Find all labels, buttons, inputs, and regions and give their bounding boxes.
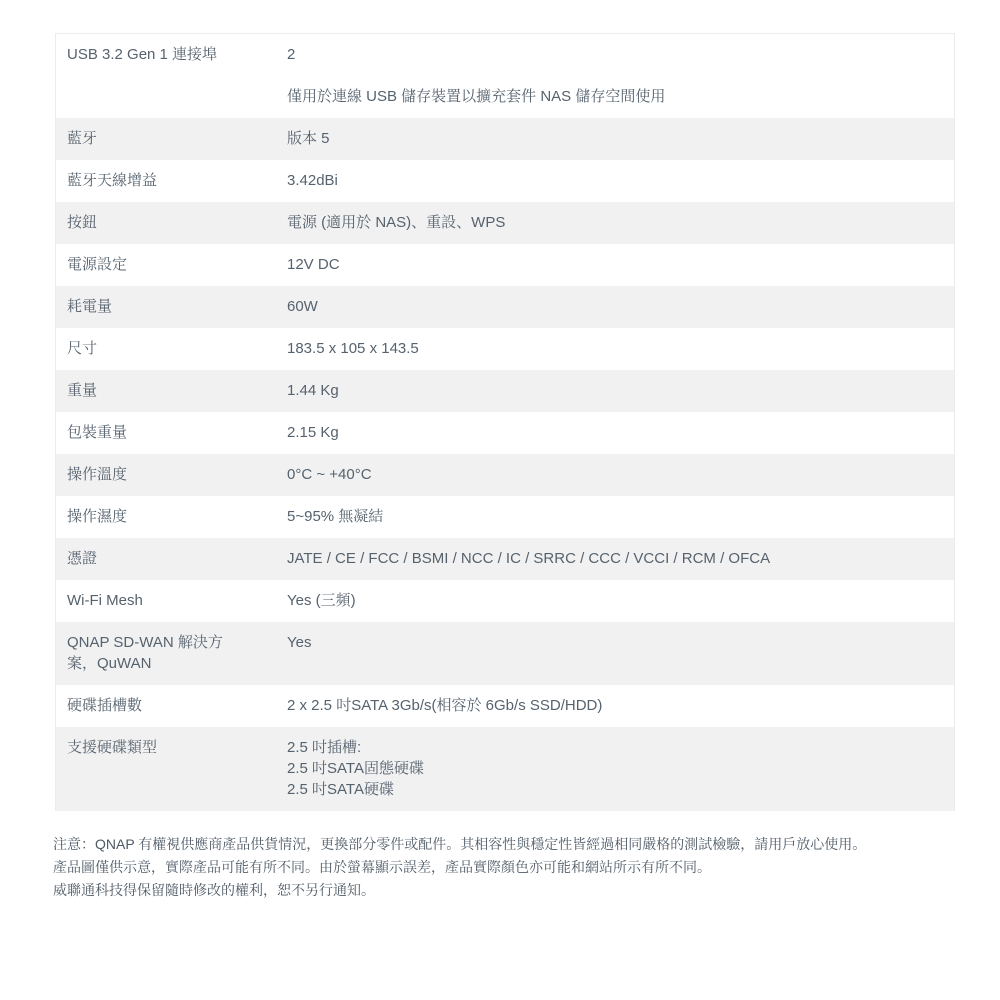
table-row: 操作濕度 5~95% 無凝結 (56, 496, 954, 538)
spec-value: Yes (287, 622, 954, 664)
spec-label: 憑證 (56, 538, 287, 580)
spec-value-line: 1.44 Kg (287, 380, 940, 401)
spec-value: 60W (287, 286, 954, 328)
table-row: 電源設定 12V DC (56, 244, 954, 286)
spec-value-line: Yes (287, 632, 940, 653)
spec-value: 2僅用於連線 USB 儲存裝置以擴充套件 NAS 儲存空間使用 (287, 34, 954, 118)
table-row: USB 3.2 Gen 1 連接埠 2僅用於連線 USB 儲存裝置以擴充套件 N… (56, 34, 954, 118)
spec-value-line: JATE / CE / FCC / BSMI / NCC / IC / SRRC… (287, 548, 940, 569)
spec-value: 2.5 吋插槽:2.5 吋SATA固態硬碟2.5 吋SATA硬碟 (287, 727, 954, 811)
spec-value-line: 僅用於連線 USB 儲存裝置以擴充套件 NAS 儲存空間使用 (287, 86, 940, 107)
spec-label: 支援硬碟類型 (56, 727, 287, 769)
spec-value: Yes (三頻) (287, 580, 954, 622)
spec-label: Wi-Fi Mesh (56, 580, 287, 622)
spec-label: 電源設定 (56, 244, 287, 286)
spec-value-line (287, 65, 940, 86)
spec-value-line: 60W (287, 296, 940, 317)
spec-value-line: 2.5 吋插槽: (287, 737, 940, 758)
spec-value-line: 版本 5 (287, 128, 940, 149)
spec-label: 硬碟插槽數 (56, 685, 287, 727)
spec-label: 按鈕 (56, 202, 287, 244)
spec-value-line: 12V DC (287, 254, 940, 275)
spec-label: 重量 (56, 370, 287, 412)
product-spec-page: USB 3.2 Gen 1 連接埠 2僅用於連線 USB 儲存裝置以擴充套件 N… (0, 0, 1000, 1000)
spec-value-line: 電源 (適用於 NAS)、重設、WPS (287, 212, 940, 233)
spec-value-line: 2 (287, 44, 940, 65)
spec-label: 尺寸 (56, 328, 287, 370)
table-row: 支援硬碟類型 2.5 吋插槽:2.5 吋SATA固態硬碟2.5 吋SATA硬碟 (56, 727, 954, 811)
spec-value-line: 3.42dBi (287, 170, 940, 191)
footnotes: 注意：QNAP 有權視供應商產品供貨情況，更換部分零件或配件。其相容性與穩定性皆… (53, 833, 963, 902)
spec-label: 藍牙天線增益 (56, 160, 287, 202)
table-row: 硬碟插槽數 2 x 2.5 吋SATA 3Gb/s(相容於 6Gb/s SSD/… (56, 685, 954, 727)
footnote-line: 威聯通科技得保留隨時修改的權利，恕不另行通知。 (53, 879, 963, 902)
spec-value: 1.44 Kg (287, 370, 954, 412)
spec-label: 耗電量 (56, 286, 287, 328)
spec-value: 12V DC (287, 244, 954, 286)
table-row: 憑證 JATE / CE / FCC / BSMI / NCC / IC / S… (56, 538, 954, 580)
spec-label: QNAP SD-WAN 解決方案，QuWAN (56, 622, 287, 685)
spec-value-line: 183.5 x 105 x 143.5 (287, 338, 940, 359)
footnote-line: 產品圖僅供示意，實際產品可能有所不同。由於螢幕顯示誤差，產品實際顏色亦可能和網站… (53, 856, 963, 879)
spec-value: 183.5 x 105 x 143.5 (287, 328, 954, 370)
table-row: 尺寸 183.5 x 105 x 143.5 (56, 328, 954, 370)
spec-value-line: Yes (三頻) (287, 590, 940, 611)
table-row: 耗電量 60W (56, 286, 954, 328)
spec-label: 操作溫度 (56, 454, 287, 496)
spec-label: 藍牙 (56, 118, 287, 160)
table-row: 藍牙天線增益 3.42dBi (56, 160, 954, 202)
spec-table: USB 3.2 Gen 1 連接埠 2僅用於連線 USB 儲存裝置以擴充套件 N… (55, 33, 955, 811)
spec-value-line: 2.5 吋SATA硬碟 (287, 779, 940, 800)
table-row: 包裝重量 2.15 Kg (56, 412, 954, 454)
table-row: QNAP SD-WAN 解決方案，QuWAN Yes (56, 622, 954, 685)
spec-value: 3.42dBi (287, 160, 954, 202)
spec-value-line: 0°C ~ +40°C (287, 464, 940, 485)
spec-value: 2 x 2.5 吋SATA 3Gb/s(相容於 6Gb/s SSD/HDD) (287, 685, 954, 727)
spec-value: 5~95% 無凝結 (287, 496, 954, 538)
table-row: 按鈕 電源 (適用於 NAS)、重設、WPS (56, 202, 954, 244)
table-row: 操作溫度 0°C ~ +40°C (56, 454, 954, 496)
spec-value-line: 2.15 Kg (287, 422, 940, 443)
spec-value: 0°C ~ +40°C (287, 454, 954, 496)
spec-value-line: 2 x 2.5 吋SATA 3Gb/s(相容於 6Gb/s SSD/HDD) (287, 695, 940, 716)
spec-label: 操作濕度 (56, 496, 287, 538)
spec-value: 版本 5 (287, 118, 954, 160)
spec-value: 電源 (適用於 NAS)、重設、WPS (287, 202, 954, 244)
table-row: 重量 1.44 Kg (56, 370, 954, 412)
spec-value-line: 5~95% 無凝結 (287, 506, 940, 527)
footnote-line: 注意：QNAP 有權視供應商產品供貨情況，更換部分零件或配件。其相容性與穩定性皆… (53, 833, 963, 856)
spec-value: 2.15 Kg (287, 412, 954, 454)
table-row: Wi-Fi Mesh Yes (三頻) (56, 580, 954, 622)
spec-label: 包裝重量 (56, 412, 287, 454)
spec-label: USB 3.2 Gen 1 連接埠 (56, 34, 287, 76)
table-row: 藍牙 版本 5 (56, 118, 954, 160)
spec-value: JATE / CE / FCC / BSMI / NCC / IC / SRRC… (287, 538, 954, 580)
spec-value-line: 2.5 吋SATA固態硬碟 (287, 758, 940, 779)
